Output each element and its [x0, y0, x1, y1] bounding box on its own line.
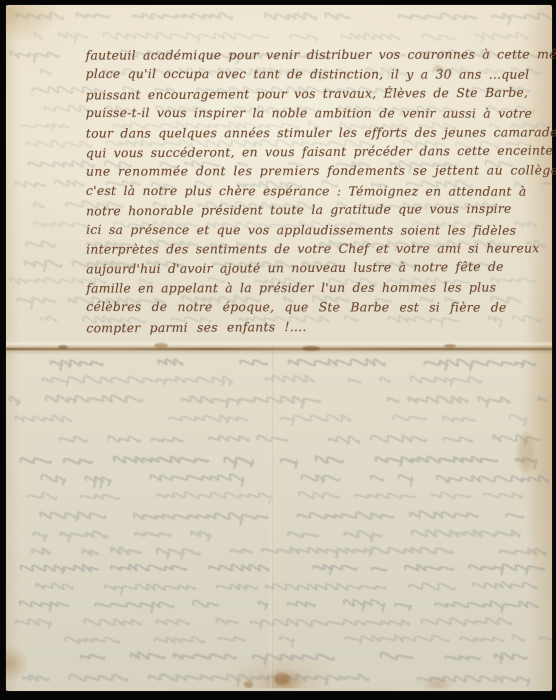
- letter-line: aujourd'hui d'avoir ajouté un nouveau lu…: [86, 257, 538, 279]
- stain-speck: [244, 681, 253, 688]
- letter-body: fauteuil académique pour venir distribue…: [86, 44, 539, 336]
- letter-line: puisse-t-il vous inspirer la noble ambit…: [86, 103, 538, 123]
- stain-speck: [444, 344, 456, 348]
- fold-crease-vertical: [270, 345, 275, 691]
- letter-page: fauteuil académique pour venir distribue…: [6, 5, 552, 691]
- letter-line: tour dans quelques années stimuler les e…: [86, 122, 538, 143]
- letter-line: une renommée dont les premiers fondement…: [86, 161, 538, 182]
- letter-line: qui vous succéderont, en vous faisant pr…: [86, 141, 538, 163]
- stain-speck: [274, 673, 290, 685]
- letter-line: notre honorable président toute la grati…: [86, 199, 538, 221]
- letter-line: interprètes des sentiments de votre Chef…: [86, 238, 538, 259]
- letter-line: place qu'il occupa avec tant de distinct…: [86, 64, 538, 84]
- letter-line: puissant encouragement pour vos travaux,…: [86, 82, 538, 104]
- letter-line: fauteuil académique pour venir distribue…: [86, 44, 538, 65]
- letter-line: célèbres de notre époque, que Ste Barbe …: [86, 297, 538, 317]
- stain-speck: [58, 345, 68, 349]
- fold-crease-horizontal: [6, 341, 552, 355]
- stain-speck: [302, 346, 320, 351]
- letter-line: compter parmi ses enfants !....: [86, 315, 538, 337]
- letter-line: ici sa présence et que vos applaudisseme…: [86, 220, 538, 240]
- fold-crease-core: [6, 348, 552, 350]
- page-edge-sliver: [16, 688, 546, 691]
- stain-speck: [518, 433, 534, 473]
- stain-speck: [154, 343, 168, 348]
- letter-line: famille en appelant à la présider l'un d…: [86, 277, 538, 298]
- photo-background: fauteuil académique pour venir distribue…: [0, 0, 556, 700]
- letter-line: c'est là notre plus chère espérance : Té…: [86, 181, 538, 201]
